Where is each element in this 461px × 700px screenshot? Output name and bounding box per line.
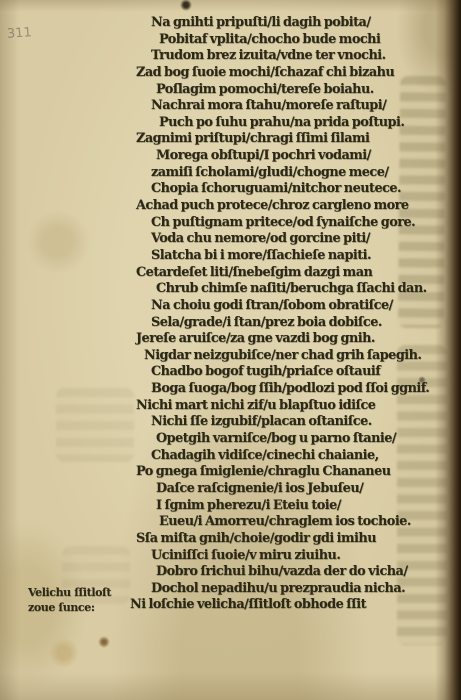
poem-line: Chadagih vidiſce/cinechi chaianie, xyxy=(151,448,451,465)
poem-line: Po gnega ſmiglenie/chraglu Chananeu xyxy=(136,464,451,481)
poem-line: I ſgnim pherezu/i Eteiu toie/ xyxy=(156,498,451,515)
poem-line: Achad puch protece/chroz cargleno more xyxy=(136,198,451,215)
poem-line: Na choiu godi ſtran/ſobom obratiſce/ xyxy=(151,298,451,315)
poem-line: Nachrai mora ſtahu/moreſe raſtupi/ xyxy=(151,98,451,115)
poem-line: Ch puſtignam pritece/od ſynaiſche gore. xyxy=(151,215,451,232)
marginal-note-line: zoue ſunce: xyxy=(28,601,140,616)
poem-line: Nichi ſſe izgubif/placan oſtaniſce. xyxy=(151,414,451,431)
poem-line: Chrub chimſe naſiti/beruchga ſſachi dan. xyxy=(156,281,451,298)
poem-line: Trudom brez izuita/vdne ter vnochi. xyxy=(151,48,451,65)
marginal-note-line: Velichu ſſitloſt xyxy=(28,586,140,601)
poem-line: Daſce raſcignenie/i ios Jebuſeu/ xyxy=(156,481,451,498)
poem-line: Sſa miſta gnih/choie/godir gdi imihu xyxy=(136,531,451,548)
poem-line: Nichi mart nichi zif/u blapſtuo idiſce xyxy=(136,398,451,415)
poem-line: Opetgih varniſce/bog u parno ſtanie/ xyxy=(156,431,451,448)
poem-line: Puch po ſuhu prahu/na prida poſtupi. xyxy=(159,115,451,132)
poem-line: Jereſe aruiſce/za gne vazdi bog gnih. xyxy=(136,331,451,348)
poem-line: zamiſi ſcholami/gludi/chogne mece/ xyxy=(151,165,451,182)
poem-line: Chadbo bogof tugih/priaſce oſtauif xyxy=(151,364,451,381)
poem-line: Na gnihti pripuſti/li dagih pobita/ xyxy=(151,15,451,32)
poem-line: Eueu/i Amorreu/chraglem ios tochoie. xyxy=(159,514,451,531)
poem-line: Sela/grade/i ſtan/prez boia dobiſce. xyxy=(151,315,451,332)
poem-line: Cetardeſet liti/ſnebeſgim dazgi man xyxy=(136,265,451,282)
poem-line: Dochol nepadihu/u prezpraudia nicha. xyxy=(151,581,451,598)
poem-line: Chopia ſchoruguami/nitchor neutece. xyxy=(151,181,451,198)
poem-line: Zagnimi priſtupi/chragi ſſimi ſilami xyxy=(136,131,451,148)
poem-line: Uciniſſci ſuoie/v miru ziuihu. xyxy=(151,548,451,565)
poem-text-block: Na gnihti pripuſti/li dagih pobita/ Pobi… xyxy=(136,15,451,614)
marginal-note: Velichu ſſitloſt zoue ſunce: xyxy=(28,586,140,615)
poem-line: Pobitaf vplita/chocho bude mochi xyxy=(159,32,451,49)
book-page: 311 Na gnihti pripuſti/li dagih pobita/ … xyxy=(0,0,461,700)
poem-line: Zad bog ſuoie mochi/ſchazaf chi bizahu xyxy=(136,65,451,82)
poem-line: Nigdar neizgubiſce/ner chad grih ſapegih… xyxy=(144,348,451,365)
poem-line: Morega obſtupi/I pochri vodami/ xyxy=(156,148,451,165)
poem-line: Dobro ſrichui bihu/vazda der do vicha/ xyxy=(156,564,451,581)
poem-line: Slatcha bi i more/ſſachieſe napiti. xyxy=(151,248,451,265)
poem-line: Voda chu nemore/od gorcine piti/ xyxy=(151,231,451,248)
poem-line: Boga ſuoga/bog ſſih/podlozi pod ſſoi ggn… xyxy=(151,381,451,398)
handwritten-page-number: 311 xyxy=(7,25,33,42)
poem-line: Poſlagim pomochi/tereſe boiahu. xyxy=(156,82,451,99)
show-through-text xyxy=(56,388,134,462)
poem-line: Ni loſchie velicha/ſſitloſt obhode ſſit xyxy=(130,597,451,614)
